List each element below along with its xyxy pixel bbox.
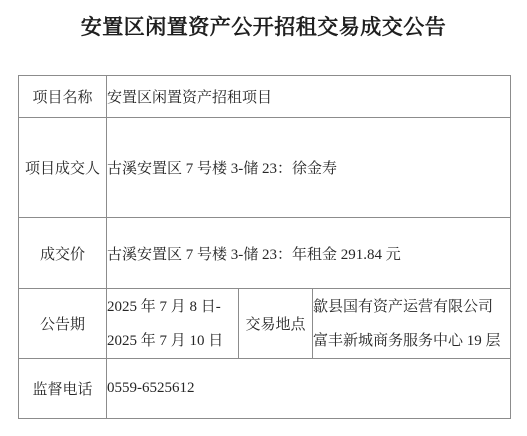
page-title: 安置区闲置资产公开招租交易成交公告 xyxy=(0,13,527,43)
deal-price-value: 古溪安置区 7 号楼 3-储 23：年租金 291.84 元 xyxy=(107,218,511,289)
announcement-period-value: 2025 年 7 月 8 日- 2025 年 7 月 10 日 xyxy=(107,289,239,359)
trade-location-value: 歙县国有资产运营有限公司 富丰新城商务服务中心 19 层 xyxy=(313,289,511,359)
table-row-announcement-period: 公告期 2025 年 7 月 8 日- 2025 年 7 月 10 日 交易地点… xyxy=(19,289,511,359)
table-row-deal-price: 成交价 古溪安置区 7 号楼 3-储 23：年租金 291.84 元 xyxy=(19,218,511,289)
winner-label: 项目成交人 xyxy=(19,118,107,218)
supervision-phone-value: 0559-6525612 xyxy=(107,359,511,419)
trade-location-address: 富丰新城商务服务中心 19 层 xyxy=(313,324,510,358)
announcement-period-start: 2025 年 7 月 8 日- xyxy=(107,290,238,324)
project-name-label: 项目名称 xyxy=(19,76,107,118)
announcement-period-label: 公告期 xyxy=(19,289,107,359)
table-row-winner: 项目成交人 古溪安置区 7 号楼 3-储 23：徐金寿 xyxy=(19,118,511,218)
announcement-table: 项目名称 安置区闲置资产招租项目 项目成交人 古溪安置区 7 号楼 3-储 23… xyxy=(18,75,511,419)
winner-value: 古溪安置区 7 号楼 3-储 23：徐金寿 xyxy=(107,118,511,218)
project-name-value: 安置区闲置资产招租项目 xyxy=(107,76,511,118)
table-row-supervision-phone: 监督电话 0559-6525612 xyxy=(19,359,511,419)
trade-location-label: 交易地点 xyxy=(239,289,313,359)
announcement-period-end: 2025 年 7 月 10 日 xyxy=(107,324,238,358)
trade-location-company: 歙县国有资产运营有限公司 xyxy=(313,290,510,324)
supervision-phone-label: 监督电话 xyxy=(19,359,107,419)
deal-price-label: 成交价 xyxy=(19,218,107,289)
announcement-page: 安置区闲置资产公开招租交易成交公告 项目名称 安置区闲置资产招租项目 项目成交人… xyxy=(0,0,527,436)
table-row-project-name: 项目名称 安置区闲置资产招租项目 xyxy=(19,76,511,118)
